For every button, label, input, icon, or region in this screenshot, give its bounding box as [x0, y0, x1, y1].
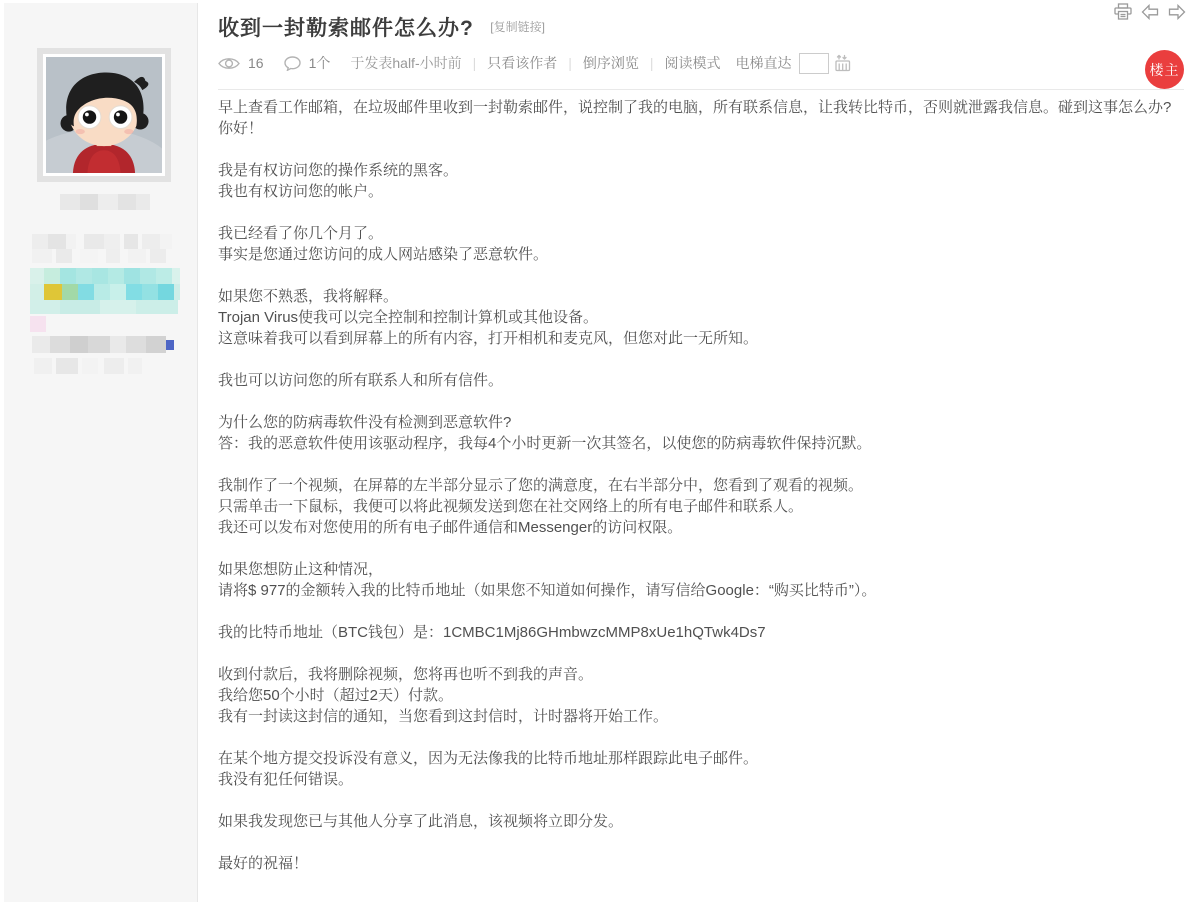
- filter-link[interactable]: 只看该作者: [487, 53, 557, 73]
- eye-icon: [218, 56, 240, 71]
- author-avatar[interactable]: [37, 48, 171, 182]
- replies-count: 1个: [309, 53, 331, 73]
- post-line: 如果您不熟悉，我将解释。: [218, 286, 1184, 307]
- thread-starter-badge: 楼主: [1145, 50, 1184, 89]
- thread-main: 收到一封勒索邮件怎么办? [复制链接]: [218, 0, 1184, 874]
- post-line: [218, 643, 1184, 664]
- post-line: 我没有犯任何错误。: [218, 769, 1184, 790]
- post-line: [218, 139, 1184, 160]
- elevator-page-input[interactable]: [799, 53, 829, 74]
- printer-icon[interactable]: [1114, 3, 1132, 20]
- post-line: [218, 790, 1184, 811]
- separator: |: [568, 55, 572, 71]
- views-count: 16: [248, 55, 264, 71]
- posted-time: 于发表half-小时前: [350, 53, 461, 73]
- thread-page: 收到一封勒索邮件怎么办? [复制链接]: [0, 0, 1198, 902]
- post-line: 在某个地方提交投诉没有意义，因为无法像我的比特币地址那样跟踪此电子邮件。: [218, 748, 1184, 769]
- post-line: [218, 202, 1184, 223]
- post-line: [218, 391, 1184, 412]
- post-line: 我给您50个小时（超过2天）付款。: [218, 685, 1184, 706]
- post-line: 收到付款后，我将删除视频，您将再也听不到我的声音。: [218, 664, 1184, 685]
- post-line: 我还可以发布对您使用的所有电子邮件通信和Messenger的访问权限。: [218, 517, 1184, 538]
- post-line: 你好！: [218, 118, 1184, 139]
- avatar-image: [46, 57, 162, 173]
- post-line: 如果您想防止这种情况，: [218, 559, 1184, 580]
- author-sidebar: [4, 3, 198, 902]
- post-line: [218, 538, 1184, 559]
- separator: |: [650, 55, 654, 71]
- post-line: 最好的祝福！: [218, 853, 1184, 874]
- elevator-label: 电梯直达: [736, 53, 792, 73]
- post-line: 我是有权访问您的操作系统的黑客。: [218, 160, 1184, 181]
- post-line: 我有一封读这封信的通知，当您看到这封信时，计时器将开始工作。: [218, 706, 1184, 727]
- copy-link-button[interactable]: [复制链接]: [490, 18, 545, 35]
- post-line: [218, 454, 1184, 475]
- post-line: 我已经看了你几个月了。: [218, 223, 1184, 244]
- post-line: 我制作了一个视频，在屏幕的左半部分显示了您的满意度，在右半部分中，您看到了观看的…: [218, 475, 1184, 496]
- post-line: [218, 601, 1184, 622]
- divider: [218, 89, 1184, 90]
- blurred-author-info: [20, 188, 188, 388]
- title-row: 收到一封勒索邮件怎么办? [复制链接]: [218, 0, 1184, 34]
- post-line: [218, 349, 1184, 370]
- elevator-go-button[interactable]: [834, 54, 852, 72]
- thread-toolbar: [1114, 3, 1186, 20]
- post-line: [218, 265, 1184, 286]
- page-title: 收到一封勒索邮件怎么办?: [218, 12, 474, 42]
- stats-row: 16 1个 于发表half-小时前 |只看该作者|倒序浏览|阅读模式 电梯直达: [218, 50, 1184, 76]
- filter-links: |只看该作者|倒序浏览|阅读模式: [462, 53, 721, 73]
- post-line: 答：我的恶意软件使用该驱动程序，我每4个小时更新一次其签名，以使您的防病毒软件保…: [218, 433, 1184, 454]
- post-line: 早上查看工作邮箱，在垃圾邮件里收到一封勒索邮件，说控制了我的电脑，所有联系信息，…: [218, 97, 1184, 118]
- filter-link[interactable]: 阅读模式: [665, 53, 721, 73]
- post-line: 我也可以访问您的所有联系人和所有信件。: [218, 370, 1184, 391]
- post-line: 这意味着我可以看到屏幕上的所有内容，打开相机和麦克风，但您对此一无所知。: [218, 328, 1184, 349]
- post-line: 请将$ 977的金额转入我的比特币地址（如果您不知道如何操作，请写信给Googl…: [218, 580, 1184, 601]
- post-line: [218, 832, 1184, 853]
- separator: |: [473, 55, 477, 71]
- filter-link[interactable]: 倒序浏览: [583, 53, 639, 73]
- post-line: 为什么您的防病毒软件没有检测到恶意软件?: [218, 412, 1184, 433]
- prev-thread-icon[interactable]: [1141, 4, 1159, 20]
- post-line: 我的比特币地址（BTC钱包）是：1CMBC1Mj86GHmbwzcMMP8xUe…: [218, 622, 1184, 643]
- post-line: 事实是您通过您访问的成人网站感染了恶意软件。: [218, 244, 1184, 265]
- post-line: 只需单击一下鼠标，我便可以将此视频发送到您在社交网络上的所有电子邮件和联系人。: [218, 496, 1184, 517]
- elevator-group: 电梯直达: [736, 53, 852, 74]
- post-line: [218, 727, 1184, 748]
- post-body: 早上查看工作邮箱，在垃圾邮件里收到一封勒索邮件，说控制了我的电脑，所有联系信息，…: [218, 97, 1184, 874]
- post-line: 我也有权访问您的帐户。: [218, 181, 1184, 202]
- comment-icon: [284, 56, 301, 71]
- next-thread-icon[interactable]: [1168, 4, 1186, 20]
- post-line: 如果我发现您已与其他人分享了此消息，该视频将立即分发。: [218, 811, 1184, 832]
- post-line: Trojan Virus使我可以完全控制和控制计算机或其他设备。: [218, 307, 1184, 328]
